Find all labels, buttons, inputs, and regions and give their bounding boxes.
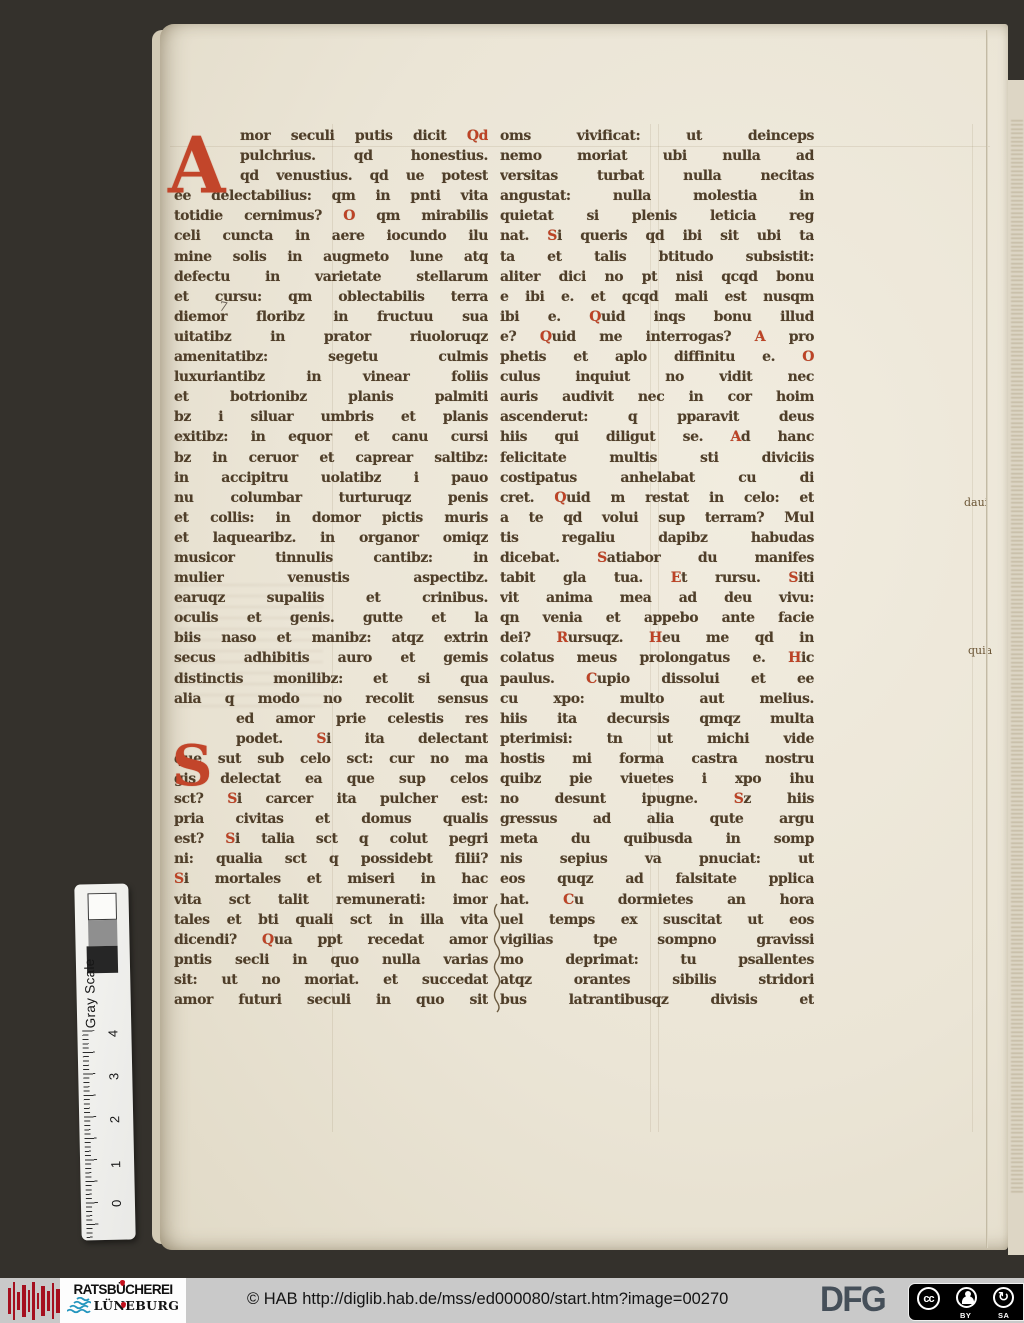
manuscript-line: et botrionibz planis palmiti — [174, 387, 488, 407]
manuscript-line: dicendi? Qua ppt recedat amor — [174, 930, 488, 950]
ruler-number-3: 3 — [106, 1073, 121, 1081]
page-stack-fore-edge — [1008, 80, 1024, 1255]
manuscript-line: ed amor prie celestis res — [174, 709, 488, 729]
ruler-patch-gray — [88, 920, 118, 947]
manuscript-line: auris audivit nec in cor hoim — [500, 387, 814, 407]
manuscript-line: dei? Rursuqz. Heu me qd in — [500, 628, 814, 648]
manuscript-line: ta et talis btitudo subsistit: — [500, 247, 814, 267]
manuscript-line: dicebat. Satiabor du manifes — [500, 548, 814, 568]
manuscript-line: amor futuri seculi in quo sit — [174, 990, 488, 1010]
lueneburg-waves-icon — [67, 1297, 91, 1314]
ruler-number-4: 4 — [105, 1030, 120, 1038]
manuscript-line: a te qd volui sup terram? Mul — [500, 508, 814, 528]
manuscript-line: pterimisi: tn ut michi vide — [500, 729, 814, 749]
manuscript-line: oms vivificat: ut deinceps — [500, 126, 814, 146]
manuscript-line: et laquearibz. in organor omiqz — [174, 528, 488, 548]
manuscript-line: gis delectat ea que sup celos — [174, 769, 488, 789]
manuscript-line: secus adhibitis auro et gemis — [174, 648, 488, 668]
manuscript-line: podet. Si ita delectant — [174, 729, 488, 749]
manuscript-line: pria civitas et domus qualis — [174, 809, 488, 829]
manuscript-line: mo deprimat: tu psallentes — [500, 950, 814, 970]
manuscript-line: et collis: in domor pictis muris — [174, 508, 488, 528]
manuscript-line: amenitatibz: segetu culmis — [174, 347, 488, 367]
manuscript-line: hiis qui diligut se. Ad hanc — [500, 427, 814, 447]
ruler-label: Gray Scale — [82, 958, 98, 1028]
marginal-note: daui — [964, 496, 988, 509]
manuscript-line: nat. Si queris qd ibi sit ubi ta — [500, 226, 814, 246]
manuscript-line: versitas turbat nulla necitas — [500, 166, 814, 186]
ruler-number-1: 1 — [108, 1161, 123, 1169]
manuscript-line: nu columbar turturuqz penis — [174, 488, 488, 508]
manuscript-line: no desunt ipugne. Sz hiis — [500, 789, 814, 809]
cc-by-label: BY — [960, 1311, 971, 1320]
manuscript-line: aliter dici no pt nisi qcqd bonu — [500, 267, 814, 287]
grayscale-ruler: Gray Scale 0 1 2 3 4 — [74, 883, 135, 1240]
viewer-footer-bar: RATSBÜCHEREI LÜNEBURG © HAB http://digli… — [0, 1278, 1024, 1323]
manuscript-line: mine solis in augmeto lune atq — [174, 247, 488, 267]
cc-by-person-icon — [956, 1287, 977, 1308]
manuscript-line: celi cuncta in aere iocundo ilu — [174, 226, 488, 246]
manuscript-line: exitibz: in equor et canu cursi — [174, 427, 488, 447]
manuscript-line: mulier venustis aspectibz. — [174, 568, 488, 588]
manuscript-line: tales et bti quali sct in illa vita — [174, 910, 488, 930]
manuscript-line: bz in ceruor et caprear saltibz: — [174, 448, 488, 468]
manuscript-line: gressus ad alia qute argu — [500, 809, 814, 829]
manuscript-line: bus latrantibusqz divisis et — [500, 990, 814, 1010]
manuscript-line: uitatibz in prator riuoloruqz — [174, 327, 488, 347]
manuscript-line: colatus meus prolongatus e. Hic — [500, 648, 814, 668]
manuscript-line: tabit gla tua. Et rursu. Siti — [500, 568, 814, 588]
manuscript-line: vita sct talit remunerati: imor — [174, 890, 488, 910]
manuscript-line: quibz pie viuetes i xpo ihu — [500, 769, 814, 789]
manuscript-line: cret. Quid m restat in celo: et — [500, 488, 814, 508]
manuscript-line: defectu in varietate stellarum — [174, 267, 488, 287]
manuscript-line: culus inquiut no vidit nec — [500, 367, 814, 387]
manuscript-line: e? Quid me interrogas? A pro — [500, 327, 814, 347]
manuscript-right-column: oms vivificat: ut deincepsnemo moriat ub… — [500, 126, 814, 1010]
manuscript-line: musicor tinnulis cantibz: in — [174, 548, 488, 568]
margin-bracket-squiggle — [490, 902, 502, 1014]
manuscript-line: biis naso et manibz: atqz extrin — [174, 628, 488, 648]
manuscript-line: phetis et aplo diffinitu e. O — [500, 347, 814, 367]
ruler-number-0: 0 — [109, 1200, 124, 1208]
manuscript-line: ni: qualia sct q possidebt filii? — [174, 849, 488, 869]
copyright-url-text: © HAB http://diglib.hab.de/mss/ed000080/… — [247, 1290, 728, 1309]
ratsbuecherei-barcode-logo — [8, 1278, 65, 1323]
manuscript-line: distinctis monilibz: et si qua — [174, 669, 488, 689]
manuscript-line: in accipitru uolatibz i pauo — [174, 468, 488, 488]
ruler-ticks — [82, 1030, 98, 1238]
manuscript-line: cu xpo: multo aut melius. — [500, 689, 814, 709]
manuscript-line: sct? Si carcer ita pulcher est: — [174, 789, 488, 809]
ruling-line-col2-right — [972, 124, 973, 1132]
manuscript-line: que sut sub celo sct: cur no ma — [174, 749, 488, 769]
manuscript-line: oculis et genis. gutte et la — [174, 608, 488, 628]
manuscript-line: quietat si plenis leticia reg — [500, 206, 814, 226]
manuscript-line: uel temps ex suscitat ut eos — [500, 910, 814, 930]
manuscript-line: qn venia et appebo ante facie — [500, 608, 814, 628]
manuscript-line: felicitate multis sti diviciis — [500, 448, 814, 468]
manuscript-line: nemo moriat ubi nulla ad — [500, 146, 814, 166]
manuscript-line: tis regaliu dapibz habudas — [500, 528, 814, 548]
dropcap-initial-S: S — [172, 742, 212, 790]
dropcap-initial-A: A — [168, 135, 225, 198]
manuscript-line: vit anima mea ad deu vivu: — [500, 588, 814, 608]
marginal-note: quia — [968, 644, 992, 657]
manuscript-line: Si mortales et miseri in hac — [174, 869, 488, 889]
manuscript-line: angustat: nulla molestia in — [500, 186, 814, 206]
manuscript-line: ascenderut: q pparavit deus — [500, 407, 814, 427]
cc-license-badge: cc ↻ BY SA — [908, 1283, 1024, 1321]
manuscript-left-column: mor seculi putis dicit Qdpulchrius. qd h… — [174, 126, 488, 1010]
cc-sa-arrow-icon: ↻ — [993, 1287, 1014, 1308]
manuscript-line: bz i siluar umbris et planis — [174, 407, 488, 427]
ruler-patch-white — [87, 893, 117, 921]
manuscript-line: costipatus anhelabat cu di — [500, 468, 814, 488]
fore-edge-text-texture — [1011, 120, 1023, 1195]
manuscript-line: nis sepius va pnuciat: ut — [500, 849, 814, 869]
manuscript-line: eos quqz ad falsitate pplica — [500, 869, 814, 889]
manuscript-line: hiis ita decursis qmqz multa — [500, 709, 814, 729]
manuscript-line: alia q modo no recolit sensus — [174, 689, 488, 709]
cc-logo-icon: cc — [917, 1287, 940, 1310]
manuscript-line: e ibi e. et qcqd mali est nusqm — [500, 287, 814, 307]
manuscript-line: hostis mi forma castra nostru — [500, 749, 814, 769]
cc-sa-label: SA — [998, 1311, 1009, 1320]
ruler-number-2: 2 — [107, 1116, 122, 1124]
manuscript-line: est? Si talia sct q colut pegri — [174, 829, 488, 849]
manuscript-line: paulus. Cupio dissolui et ee — [500, 669, 814, 689]
manuscript-line: earuqz supaliis et crinibus. — [174, 588, 488, 608]
manuscript-line: vigilias tpe sompno gravissi — [500, 930, 814, 950]
manuscript-line: meta du quibusda in somp — [500, 829, 814, 849]
manuscript-line: hat. Cu dormietes an hora — [500, 890, 814, 910]
manuscript-line: ibi e. Quid inqs bonu illud — [500, 307, 814, 327]
manuscript-line: luxuriantibz in vinear foliis — [174, 367, 488, 387]
dfg-logo: DFG — [820, 1278, 885, 1319]
library-logo: RATSBÜCHEREI LÜNEBURG — [60, 1278, 186, 1323]
manuscript-line: pntis secli in quo nulla varias — [174, 950, 488, 970]
manuscript-line: sit: ut no moriat. et succedat — [174, 970, 488, 990]
library-city-text: LÜNEBURG — [94, 1298, 180, 1313]
page-fold-edge — [986, 30, 988, 1248]
manuscript-line: atqz orantes sibilis stridori — [500, 970, 814, 990]
